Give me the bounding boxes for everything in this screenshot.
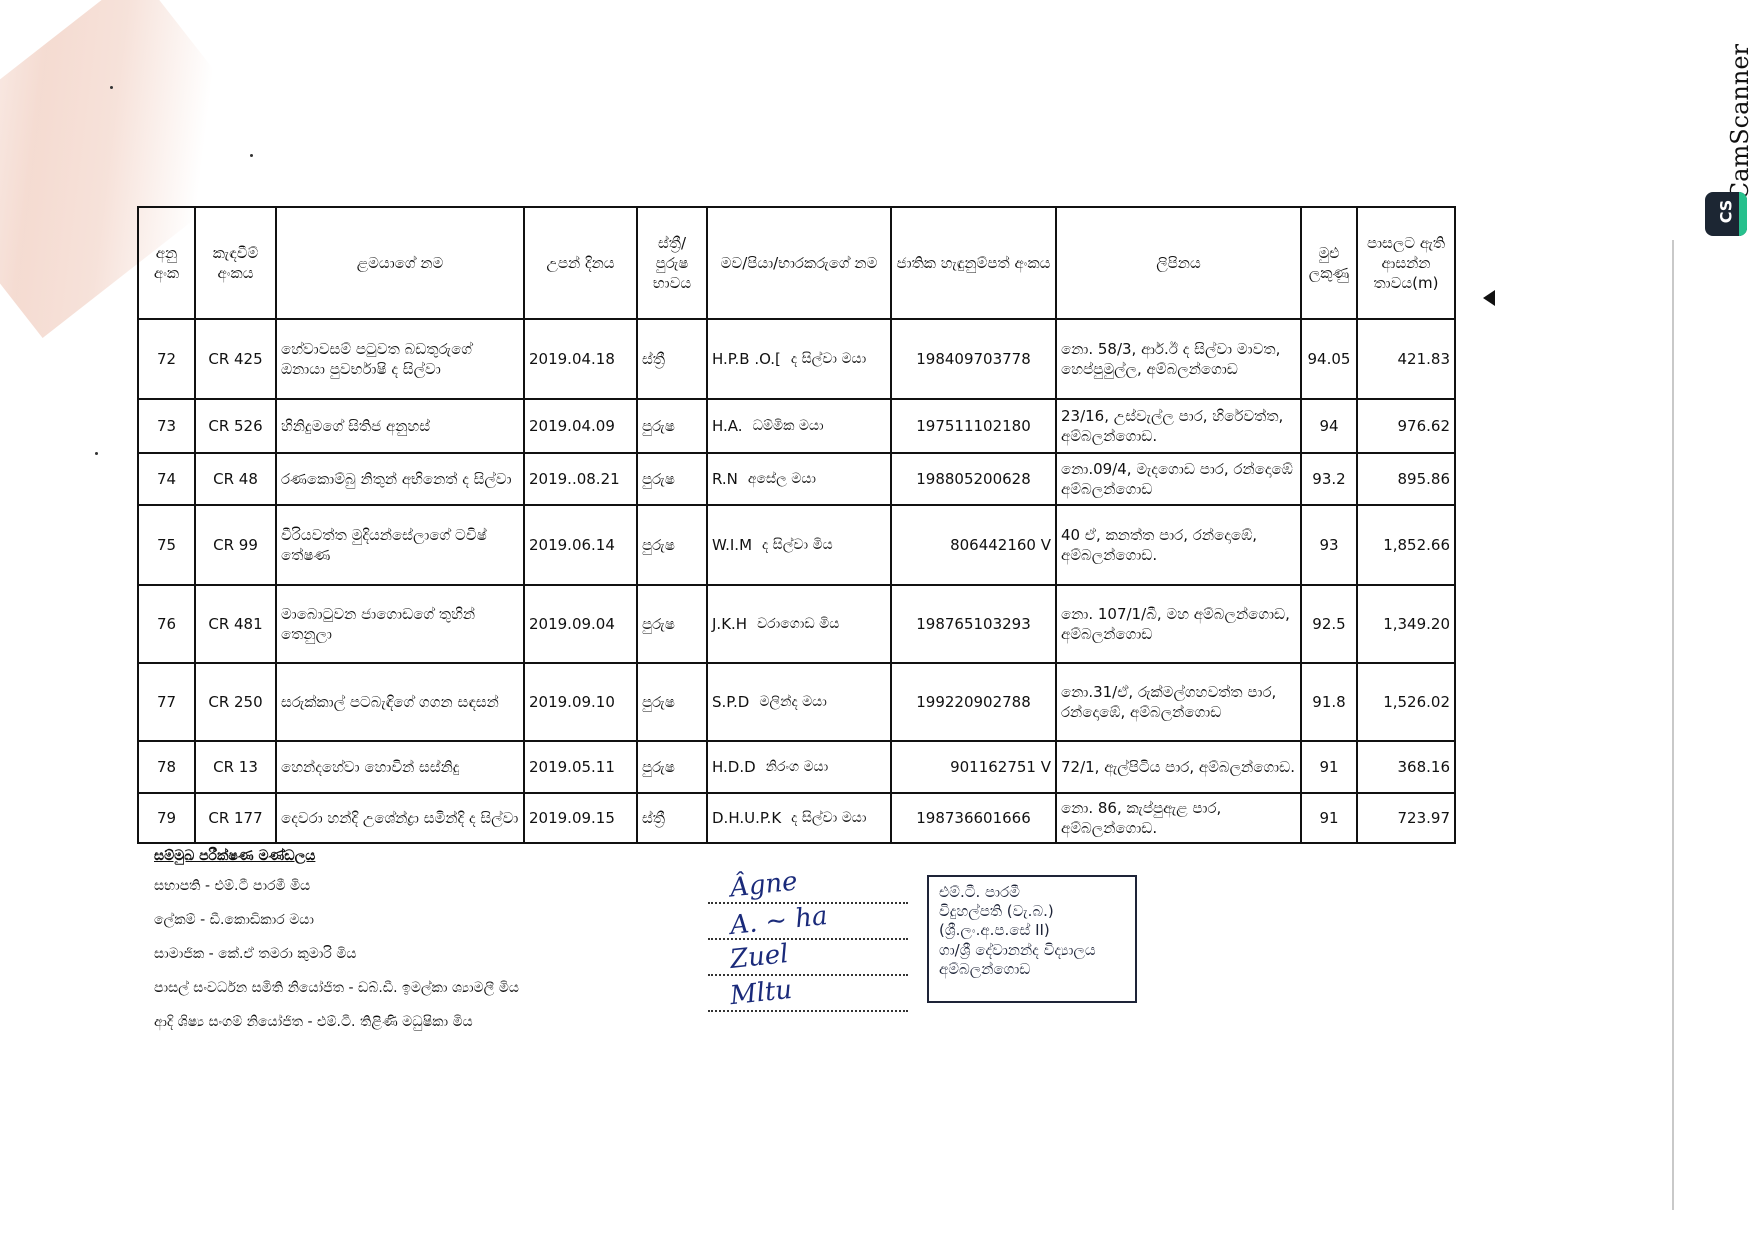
child-name: දෙවරා හන්දි උශේන්ද්‍රා සමින්දි ද සිල්වා [276,793,524,843]
nic-number: 198736601666 [891,793,1056,843]
gender: පුරුෂ [637,453,707,505]
row-number: 73 [138,399,195,453]
principal-stamp: එම්.ටී. පාරමී විදුහල්පති (වැ.බ.) (ශ්‍රී.… [927,875,1137,1003]
address: නො. 107/1/බී, මහ අම්බලන්ගොඩ, අම්බලන්ගොඩ [1056,585,1301,663]
child-name: මාබොටුවන ජාගොඩගේ තුහින් තෙනුලා [276,585,524,663]
nic-number: 199220902788 [891,663,1056,741]
address: 23/16, උස්වැල්ල පාර, හිරේවත්ත, අම්බලන්ගො… [1056,399,1301,453]
board-member: සභාපති - එම්.ටී පාරමී මිය [154,878,519,912]
call-number: CR 99 [195,505,276,585]
column-header: ළමයාගේ නම [276,207,524,319]
stamp-line: එම්.ටී. පාරමී [939,883,1125,902]
distance-to-school: 895.86 [1357,453,1455,505]
parent-name: H.D.Dනිරංග මයා [707,741,891,793]
gender: පුරුෂ [637,505,707,585]
nic-number: 197511102180 [891,399,1056,453]
table-row: 73CR 526හිනිදුමගේ සිතිජ අනුහස්2019.04.09… [138,399,1455,453]
parent-surname: ද සිල්වා මයා [787,809,886,828]
parent-name: R.Nඅසේල මයා [707,453,891,505]
column-header: මව/පියා/භාරකරුගේ නම [707,207,891,319]
parent-initials: W.I.M [712,535,752,555]
distance-to-school: 368.16 [1357,741,1455,793]
row-number: 79 [138,793,195,843]
speck [250,154,253,157]
board-member: ලේකම් - ඩී.කොඩිකාර මයා [154,912,519,946]
table-body: 72CR 425හේවාවසම් පටුවත බඩතුරුගේ ඔනායා පු… [138,319,1455,843]
date-of-birth: 2019.05.11 [524,741,637,793]
call-number: CR 48 [195,453,276,505]
nic-number: 806442160 V [891,505,1056,585]
parent-name: H.P.B .O.[ද සිල්වා මයා [707,319,891,399]
board-member: ආදි ශිෂ්‍ය සංගම් නියෝජිත - එම්.ටී. තිළිණ… [154,1014,519,1048]
gender: ස්ත්‍රී [637,319,707,399]
total-marks: 94.05 [1301,319,1357,399]
date-of-birth: 2019.04.18 [524,319,637,399]
date-of-birth: 2019..08.21 [524,453,637,505]
board-title: සම්මුඛ පරීක්ෂණ මණ්ඩලය [154,848,519,864]
gender: පුරුෂ [637,399,707,453]
table-row: 79CR 177දෙවරා හන්දි උශේන්ද්‍රා සමින්දි ද… [138,793,1455,843]
child-name: හිනිදුමගේ සිතිජ අනුහස් [276,399,524,453]
parent-name: D.H.U.P.Kද සිල්වා මයා [707,793,891,843]
board-member: පාසල් සංවර්ධන සමිති නියෝජිත - ඩබ්.ඩී. ඉම… [154,980,519,1014]
total-marks: 93.2 [1301,453,1357,505]
total-marks: 91 [1301,741,1357,793]
call-number: CR 526 [195,399,276,453]
total-marks: 91 [1301,793,1357,843]
board-member: සාමාජික - කේ.ඒ තමරා කුමාරි මිය [154,946,519,980]
parent-surname: අසේල මයා [744,470,886,489]
address: නො. 58/3, ආර්.ඊ ද සිල්වා මාවත, හෙප්පුමුල… [1056,319,1301,399]
gender: පුරුෂ [637,585,707,663]
row-number: 75 [138,505,195,585]
parent-surname: ද සිල්වා මයා [787,350,886,369]
stamp-line: (ශ්‍රී.ලං.අ.ප.සේ II) [939,921,1125,940]
date-of-birth: 2019.06.14 [524,505,637,585]
speck [110,86,113,89]
parent-initials: H.P.B .O.[ [712,349,781,369]
page-edge [1672,240,1674,1210]
row-number: 78 [138,741,195,793]
distance-to-school: 1,349.20 [1357,585,1455,663]
nic-number: 198805200628 [891,453,1056,505]
row-number: 77 [138,663,195,741]
parent-initials: D.H.U.P.K [712,808,781,828]
date-of-birth: 2019.09.04 [524,585,637,663]
child-name: හෙන්දහේවා හොවින් සස්නිදු [276,741,524,793]
gender: පුරුෂ [637,741,707,793]
call-number: CR 481 [195,585,276,663]
total-marks: 92.5 [1301,585,1357,663]
nic-number: 198765103293 [891,585,1056,663]
parent-surname: ද සිල්වා මිය [758,536,886,555]
gender: ස්ත්‍රී [637,793,707,843]
column-header: ජාතික හැඳුනුම්පත් අංකය [891,207,1056,319]
nic-number: 198409703778 [891,319,1056,399]
admission-table: අනු අංකකැඳවීම් අංකයළමයාගේ නමඋපන් දිනයස්ත… [137,206,1456,844]
row-number: 72 [138,319,195,399]
parent-initials: S.P.D [712,692,749,712]
signature-line: A. ~ ha [708,904,908,940]
parent-initials: R.N [712,469,738,489]
parent-surname: මලින්ද මයා [755,693,886,712]
total-marks: 91.8 [1301,663,1357,741]
column-header: අනු අංක [138,207,195,319]
camscanner-logo-icon: CS [1705,192,1747,236]
table-row: 74CR 48රණකොම්බු නිතුන් අභිනෙත් ද සිල්වා2… [138,453,1455,505]
column-header: උපන් දිනය [524,207,637,319]
interview-board: සම්මුඛ පරීක්ෂණ මණ්ඩලය සභාපති - එම්.ටී පා… [154,848,519,1048]
distance-to-school: 723.97 [1357,793,1455,843]
total-marks: 94 [1301,399,1357,453]
child-name: වීරියවත්ත මුදියන්සේලාගේ ටවිෂ් තේෂණ [276,505,524,585]
parent-initials: H.A. [712,416,743,436]
signature-line: Zuel [708,940,908,976]
parent-surname: නිරංග මයා [762,758,886,777]
table-row: 78CR 13හෙන්දහේවා හොවින් සස්නිදු2019.05.1… [138,741,1455,793]
child-name: රණකොම්බු නිතුන් අභිනෙත් ද සිල්වා [276,453,524,505]
parent-name: S.P.Dමලින්ද මයා [707,663,891,741]
date-of-birth: 2019.04.09 [524,399,637,453]
date-of-birth: 2019.09.10 [524,663,637,741]
total-marks: 93 [1301,505,1357,585]
pen-mark [1483,290,1495,306]
signature-line: Mltu [708,976,908,1012]
nic-number: 901162751 V [891,741,1056,793]
call-number: CR 250 [195,663,276,741]
parent-initials: H.D.D [712,757,756,777]
distance-to-school: 976.62 [1357,399,1455,453]
table-header-row: අනු අංකකැඳවීම් අංකයළමයාගේ නමඋපන් දිනයස්ත… [138,207,1455,319]
speck [95,452,98,455]
column-header: කැඳවීම් අංකය [195,207,276,319]
camscanner-watermark: CamScanner [1726,44,1754,200]
row-number: 74 [138,453,195,505]
parent-name: W.I.Mද සිල්වා මිය [707,505,891,585]
stamp-line: ගා/ශ්‍රී දේවානන්ද විද්‍යාලය [939,941,1125,960]
table-row: 72CR 425හේවාවසම් පටුවත බඩතුරුගේ ඔනායා පු… [138,319,1455,399]
distance-to-school: 1,526.02 [1357,663,1455,741]
column-header: පාසලට ඇති ආසන්න තාවය(m) [1357,207,1455,319]
call-number: CR 425 [195,319,276,399]
signature-line: Âgne [708,868,908,904]
stamp-line: අම්බලන්ගොඩ [939,960,1125,979]
table-row: 75CR 99වීරියවත්ත මුදියන්සේලාගේ ටවිෂ් තේෂ… [138,505,1455,585]
parent-name: J.K.Hවරාගොඩ මිය [707,585,891,663]
parent-surname: ධම්මික මයා [749,417,886,436]
date-of-birth: 2019.09.15 [524,793,637,843]
parent-surname: වරාගොඩ මිය [753,615,886,634]
column-header: ස්ත්‍රී/ පුරුෂ භාවය [637,207,707,319]
distance-to-school: 1,852.66 [1357,505,1455,585]
distance-to-school: 421.83 [1357,319,1455,399]
column-header: මුළු ලකුණු [1301,207,1357,319]
child-name: හේවාවසම් පටුවත බඩතුරුගේ ඔනායා පුවර්භාෂි … [276,319,524,399]
table-row: 76CR 481මාබොටුවන ජාගොඩගේ තුහින් තෙනුලා20… [138,585,1455,663]
parent-initials: J.K.H [712,614,747,634]
signature-lines: Âgne A. ~ ha Zuel Mltu [708,868,908,1012]
parent-name: H.A.ධම්මික මයා [707,399,891,453]
address: නො.09/4, මැදගොඩ පාර, රන්දොඹේ අම්බලන්ගොඩ [1056,453,1301,505]
call-number: CR 177 [195,793,276,843]
address: නො. 86, කැප්පුඇළ පාර, අම්බලන්ගොඩ. [1056,793,1301,843]
address: 72/1, ඇල්පිටිය පාර, අම්බලන්ගොඩ. [1056,741,1301,793]
column-header: ලිපිනය [1056,207,1301,319]
address: නො.31/ඒ, රුක්මල්ගහවත්ත පාර, රන්දොඹේ, අම්… [1056,663,1301,741]
stamp-line: විදුහල්පති (වැ.බ.) [939,902,1125,921]
row-number: 76 [138,585,195,663]
call-number: CR 13 [195,741,276,793]
table-row: 77CR 250සරුක්කාල් පටබැඳිගේ ගගන සඳසන්2019… [138,663,1455,741]
address: 40 ඒ, කනත්ත පාර, රන්දොඹේ, අම්බලන්ගොඩ. [1056,505,1301,585]
gender: පුරුෂ [637,663,707,741]
child-name: සරුක්කාල් පටබැඳිගේ ගගන සඳසන් [276,663,524,741]
